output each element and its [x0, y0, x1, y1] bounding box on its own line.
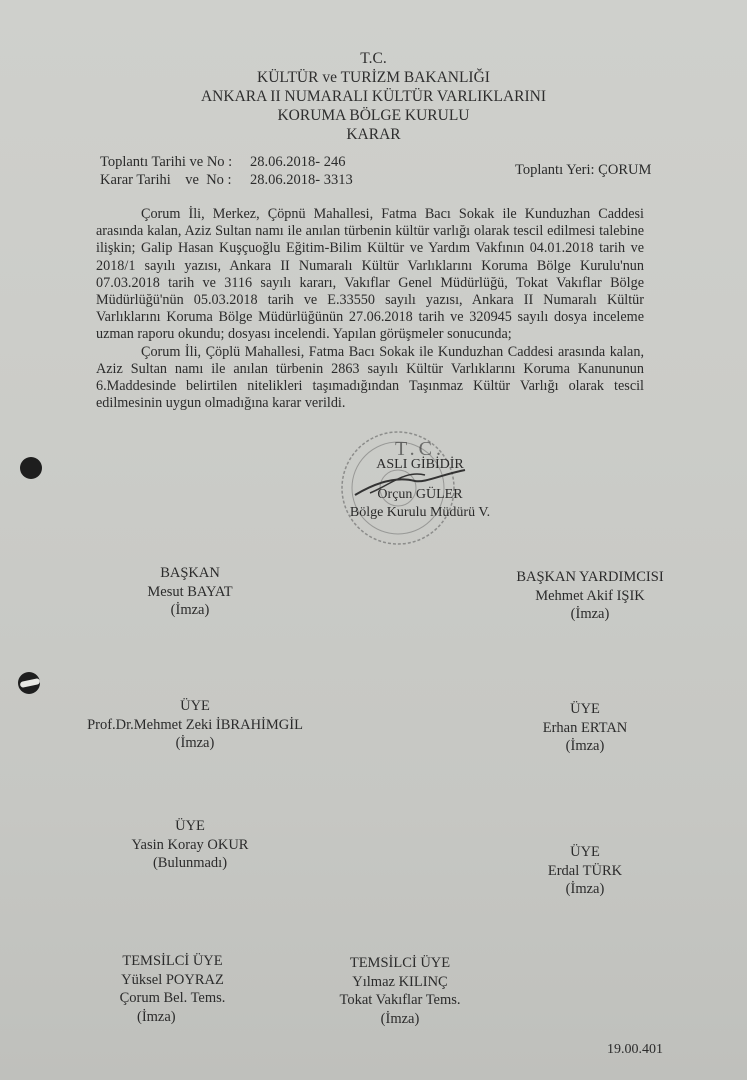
signatory-representative: TEMSİLCİ ÜYE Yılmaz KILINÇ Tokat Vakıfla… — [330, 954, 470, 1028]
signatory-name: Yasin Koray OKUR — [115, 836, 265, 855]
signatory-title: BAŞKAN YARDIMCISI — [505, 568, 675, 587]
signatory-vice-chair: BAŞKAN YARDIMCISI Mehmet Akif IŞIK (İmza… — [505, 568, 675, 624]
meeting-value: 28.06.2018- 246 — [250, 154, 345, 170]
punch-hole — [20, 457, 42, 479]
header-karar: KARAR — [0, 125, 747, 144]
signatory-member: ÜYE Erhan ERTAN (İmza) — [530, 700, 640, 756]
signatory-name: Yılmaz KILINÇ — [330, 973, 470, 992]
signatory-note: (İmza) — [80, 734, 310, 753]
signatory-member: ÜYE Prof.Dr.Mehmet Zeki İBRAHİMGİL (İmza… — [80, 697, 310, 753]
signatory-member: ÜYE Erdal TÜRK (İmza) — [530, 843, 640, 899]
header-board-line1: ANKARA II NUMARALI KÜLTÜR VARLIKLARINI — [0, 87, 747, 106]
stamp-tc: T.C. — [330, 442, 510, 456]
meeting-place: Toplantı Yeri: ÇORUM — [515, 162, 651, 179]
signatory-title: ÜYE — [115, 817, 265, 836]
stamp-name: Orçun GÜLER — [330, 486, 510, 504]
signatory-note: (İmza) — [135, 601, 245, 620]
signatory-name: Yüksel POYRAZ — [115, 971, 230, 990]
signatory-note: (İmza) — [530, 737, 640, 756]
signatory-representative: TEMSİLCİ ÜYE Yüksel POYRAZ Çorum Bel. Te… — [115, 952, 230, 1026]
signatory-note: (İmza) — [530, 880, 640, 899]
document-code: 19.00.401 — [600, 1041, 670, 1060]
signatory-role: Çorum Bel. Tems. — [115, 989, 230, 1008]
signatory-note: (İmza) — [505, 605, 675, 624]
stamp-title: Bölge Kurulu Müdürü V. — [330, 504, 510, 522]
signatory-chair: BAŞKAN Mesut BAYAT (İmza) — [135, 564, 245, 620]
document-page: T.C. KÜLTÜR ve TURİZM BAKANLIĞI ANKARA I… — [0, 0, 747, 1080]
decision-label: Karar Tarihi ve No : — [100, 171, 250, 189]
signatory-title: ÜYE — [80, 697, 310, 716]
signatory-name: Erdal TÜRK — [530, 862, 640, 881]
signatory-role: Tokat Vakıflar Tems. — [330, 991, 470, 1010]
signatory-name: Prof.Dr.Mehmet Zeki İBRAHİMGİL — [80, 716, 310, 735]
decision-value: 28.06.2018- 3313 — [250, 172, 353, 188]
signatory-name: Mehmet Akif IŞIK — [505, 587, 675, 606]
signatory-member: ÜYE Yasin Koray OKUR (Bulunmadı) — [115, 817, 265, 873]
stamp-text: T.C. ASLI GİBİDİR Orçun GÜLER Bölge Kuru… — [330, 442, 510, 522]
body-paragraph: Çorum İli, Çöplü Mahallesi, Fatma Bacı S… — [96, 344, 644, 413]
signatory-note: (İmza) — [115, 1008, 230, 1027]
signatory-title: BAŞKAN — [135, 564, 245, 583]
signatory-note: (Bulunmadı) — [115, 854, 265, 873]
header-board-line2: KORUMA BÖLGE KURULU — [0, 106, 747, 125]
meeting-label: Toplantı Tarihi ve No : — [100, 153, 250, 171]
meeting-meta: Toplantı Tarihi ve No :28.06.2018- 246 K… — [100, 153, 353, 189]
signatory-title: TEMSİLCİ ÜYE — [330, 954, 470, 973]
document-header: T.C. KÜLTÜR ve TURİZM BAKANLIĞI ANKARA I… — [0, 49, 747, 144]
signatory-name: Erhan ERTAN — [530, 719, 640, 738]
signatory-title: TEMSİLCİ ÜYE — [115, 952, 230, 971]
decision-body: Çorum İli, Merkez, Çöpnü Mahallesi, Fatm… — [96, 206, 644, 412]
signatory-title: ÜYE — [530, 843, 640, 862]
header-tc: T.C. — [0, 49, 747, 68]
header-ministry: KÜLTÜR ve TURİZM BAKANLIĞI — [0, 68, 747, 87]
punch-hole — [18, 672, 40, 694]
signatory-name: Mesut BAYAT — [135, 583, 245, 602]
signatory-note: (İmza) — [330, 1010, 470, 1029]
body-paragraph: Çorum İli, Merkez, Çöpnü Mahallesi, Fatm… — [96, 206, 644, 344]
signatory-title: ÜYE — [530, 700, 640, 719]
